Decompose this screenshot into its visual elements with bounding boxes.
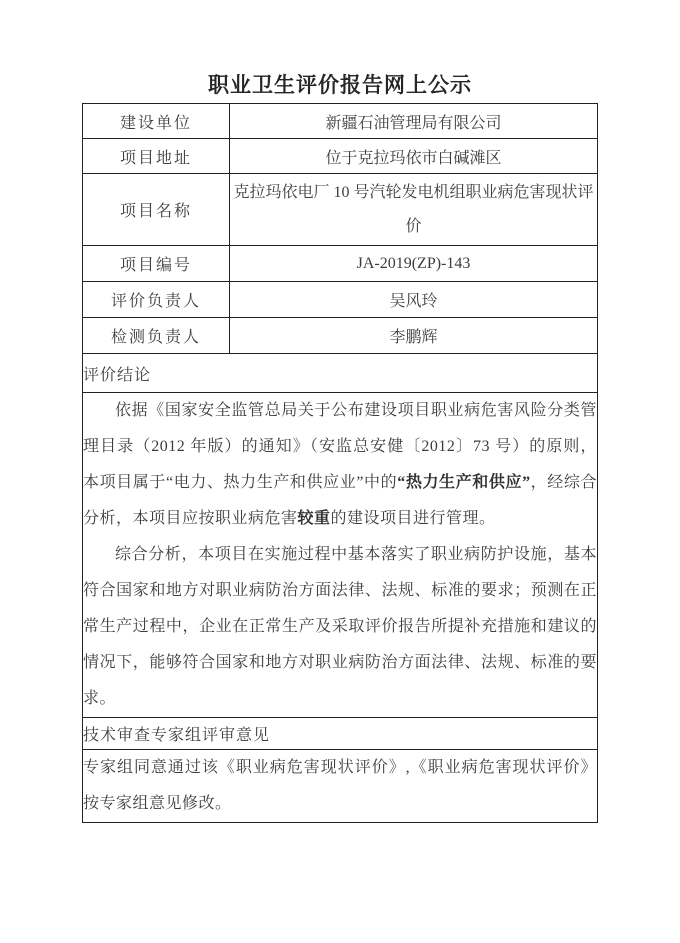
field-label-evaluation-leader: 评价负责人 <box>83 282 230 318</box>
field-value-project-number: JA-2019(ZP)-143 <box>230 246 598 282</box>
table-row-project-name: 项目名称 克拉玛依电厂 10 号汽轮发电机组职业病危害现状评价 <box>83 174 598 246</box>
table-row-conclusion-body: 依据《国家安全监管总局关于公布建设项目职业病危害风险分类管理目录（2012 年版… <box>83 393 598 718</box>
table-row-project-number: 项目编号 JA-2019(ZP)-143 <box>83 246 598 282</box>
table-row-project-address: 项目地址 位于克拉玛依市白碱滩区 <box>83 139 598 174</box>
field-value-construction-unit: 新疆石油管理局有限公司 <box>230 104 598 139</box>
document-page: { "page": { "title": "职业卫生评价报告网上公示" }, "… <box>0 0 680 943</box>
table-row-review-opinion: 专家组同意通过该《职业病危害现状评价》,《职业病危害现状评价》按专家组意见修改。 <box>83 750 598 823</box>
table-row-evaluation-leader: 评价负责人 吴风玲 <box>83 282 598 318</box>
review-section-label: 技术审查专家组评审意见 <box>83 718 598 750</box>
conclusion-paragraph-1: 依据《国家安全监管总局关于公布建设项目职业病危害风险分类管理目录（2012 年版… <box>83 393 597 537</box>
field-value-evaluation-leader: 吴风玲 <box>230 282 598 318</box>
field-value-testing-leader: 李鹏辉 <box>230 318 598 354</box>
field-label-project-address: 项目地址 <box>83 139 230 174</box>
conclusion-paragraph-2: 综合分析，本项目在实施过程中基本落实了职业病防护设施，基本符合国家和地方对职业病… <box>83 537 597 717</box>
report-table: 建设单位 新疆石油管理局有限公司 项目地址 位于克拉玛依市白碱滩区 项目名称 克… <box>82 103 598 823</box>
field-label-testing-leader: 检测负责人 <box>83 318 230 354</box>
field-value-project-address: 位于克拉玛依市白碱滩区 <box>230 139 598 174</box>
review-opinion-text: 专家组同意通过该《职业病危害现状评价》,《职业病危害现状评价》按专家组意见修改。 <box>83 750 597 822</box>
conclusion-section-label: 评价结论 <box>83 354 598 393</box>
table-row-conclusion-header: 评价结论 <box>83 354 598 393</box>
conclusion-body-cell: 依据《国家安全监管总局关于公布建设项目职业病危害风险分类管理目录（2012 年版… <box>83 393 598 718</box>
field-label-project-name: 项目名称 <box>83 174 230 246</box>
review-opinion-cell: 专家组同意通过该《职业病危害现状评价》,《职业病危害现状评价》按专家组意见修改。 <box>83 750 598 823</box>
field-label-project-number: 项目编号 <box>83 246 230 282</box>
table-row-review-header: 技术审查专家组评审意见 <box>83 718 598 750</box>
table-row-construction-unit: 建设单位 新疆石油管理局有限公司 <box>83 104 598 139</box>
table-row-testing-leader: 检测负责人 李鹏辉 <box>83 318 598 354</box>
field-value-project-name: 克拉玛依电厂 10 号汽轮发电机组职业病危害现状评价 <box>230 174 598 246</box>
field-label-construction-unit: 建设单位 <box>83 104 230 139</box>
page-title: 职业卫生评价报告网上公示 <box>0 72 680 98</box>
